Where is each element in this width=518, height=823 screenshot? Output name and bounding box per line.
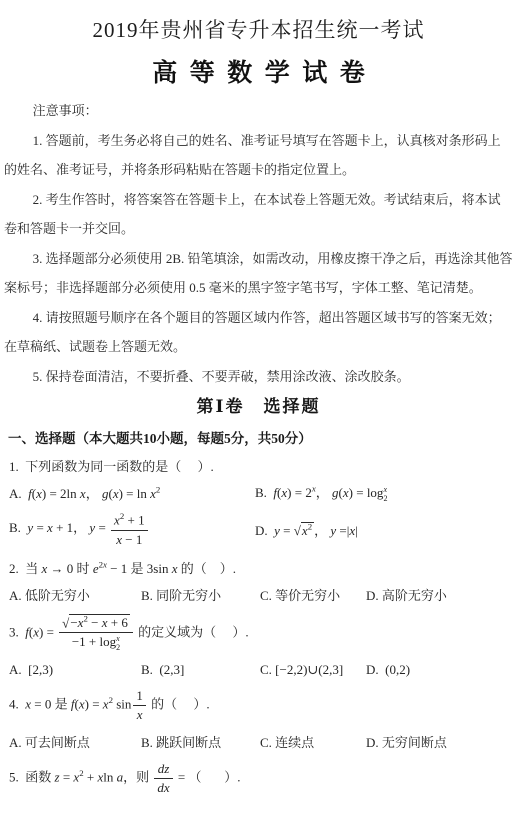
question-1-options-row-1: A. f(x) = 2ln x， g(x) = ln x2 B. f(x) = … (9, 482, 513, 503)
question-block-5: 5. 函数 z = x2 + xln a，则 dzdx = （ ）. (4, 760, 513, 797)
question-block-1: 1. 下列函数为同一函数的是（ ）. A. f(x) = 2ln x， g(x)… (4, 456, 513, 549)
question-4-option-c: C. 连续点 (260, 732, 366, 751)
question-4-option-b: B. 跳跃间断点 (141, 732, 260, 751)
question-2-stem: 2. 当 x → 0 时 e2x − 1 是 3sin x 的（ ）. (9, 558, 513, 577)
question-5-stem: 5. 函数 z = x2 + xln a，则 dzdx = （ ）. (9, 760, 513, 797)
question-2-options: A. 低阶无穷小 B. 同阶无穷小 C. 等价无穷小 D. 高阶无穷小 (9, 585, 513, 604)
question-3-option-c: C. [−2,2)∪(2,3] (260, 662, 366, 678)
question-3-options: A. [2,3) B. (2,3] C. [−2,2)∪(2,3] D. (0,… (9, 662, 513, 678)
question-3-stem: 3. f(x) = √−x2 − x + 6−1 + logx2 的定义域为（ … (9, 613, 513, 654)
question-4-option-a: A. 可去间断点 (9, 732, 141, 751)
question-1-option-c: B. y = x + 1， y = x2 + 1x − 1 (9, 510, 255, 548)
question-1-option-b: B. f(x) = 2x， g(x) = logx2 (255, 482, 387, 503)
exam-paper-page: 2019年贵州省专升本招生统一考试 高等数学试卷 注意事项： 1. 答题前，考生… (0, 0, 518, 823)
notice-heading: 注意事项： (4, 96, 513, 126)
notice-item-2: 2. 考生作答时，将答案答在答题卡上，在本试卷上答题无效。考试结束后，将本试卷和… (4, 185, 513, 244)
question-block-4: 4. x = 0 是 f(x) = x2 sin1x 的（ ）. A. 可去间断… (4, 687, 513, 751)
question-1-option-d: D. y = √x2， y =|x| (255, 520, 358, 539)
question-4-stem: 4. x = 0 是 f(x) = x2 sin1x 的（ ）. (9, 687, 513, 724)
volume-title: 第Ⅰ卷 选择题 (4, 396, 513, 418)
notice-item-3: 3. 选择题部分必须使用 2B. 铅笔填涂，如需改动，用橡皮擦干净之后，再选涂其… (4, 244, 513, 303)
question-4-option-d: D. 无穷间断点 (366, 732, 513, 751)
question-3-option-b: B. (2,3] (141, 662, 260, 678)
notice-item-1: 1. 答题前，考生务必将自己的姓名、准考证号填写在答题卡上，认真核对条形码上的姓… (4, 126, 513, 185)
question-2-option-c: C. 等价无穷小 (260, 585, 366, 604)
question-3-option-d: D. (0,2) (366, 662, 513, 678)
subject-title: 高等数学试卷 (4, 53, 513, 89)
section-heading: 一、选择题（本大题共10小题，每题5分，共50分） (4, 427, 513, 447)
notice-item-5: 5. 保持卷面清洁，不要折叠、不要弄破，禁用涂改液、涂改胶条。 (4, 362, 513, 392)
question-1-stem: 1. 下列函数为同一函数的是（ ）. (9, 456, 513, 475)
question-2-option-d: D. 高阶无穷小 (366, 585, 513, 604)
notice-item-4: 4. 请按照题号顺序在各个题目的答题区域内作答，超出答题区域书写的答案无效；在草… (4, 303, 513, 362)
question-1-options-row-2: B. y = x + 1， y = x2 + 1x − 1 D. y = √x2… (9, 510, 513, 548)
question-4-options: A. 可去间断点 B. 跳跃间断点 C. 连续点 D. 无穷间断点 (9, 732, 513, 751)
question-2-option-a: A. 低阶无穷小 (9, 585, 141, 604)
question-block-3: 3. f(x) = √−x2 − x + 6−1 + logx2 的定义域为（ … (4, 613, 513, 678)
exam-title: 2019年贵州省专升本招生统一考试 (4, 14, 513, 44)
question-2-option-b: B. 同阶无穷小 (141, 585, 260, 604)
notice-section: 注意事项： 1. 答题前，考生务必将自己的姓名、准考证号填写在答题卡上，认真核对… (4, 96, 513, 391)
question-1-option-a: A. f(x) = 2ln x， g(x) = ln x2 (9, 483, 255, 502)
question-block-2: 2. 当 x → 0 时 e2x − 1 是 3sin x 的（ ）. A. 低… (4, 558, 513, 604)
question-3-option-a: A. [2,3) (9, 662, 141, 678)
